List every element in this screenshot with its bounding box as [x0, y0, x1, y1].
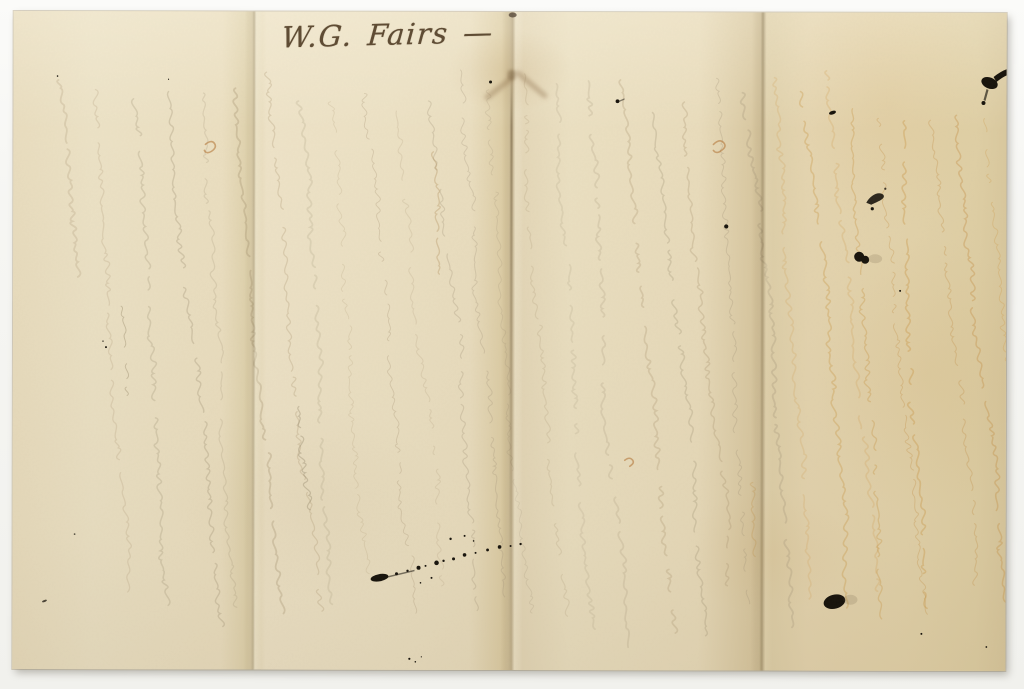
letter-paper: W.G. Fairs — — [12, 11, 1006, 671]
paper-grain — [12, 11, 1006, 671]
crease-line-center — [509, 66, 512, 666]
crease-line-left — [252, 11, 255, 669]
crease-line-right — [760, 13, 763, 671]
fold-stain — [484, 76, 514, 101]
fold-stain — [515, 70, 549, 100]
bleedthrough-handwriting — [12, 11, 1006, 671]
inscription-text: W.G. Fairs — — [280, 15, 495, 55]
fold-crease-left — [243, 11, 262, 669]
ink-blots — [12, 11, 1006, 671]
scan-background: W.G. Fairs — — [0, 0, 1024, 689]
fold-crease-right — [750, 13, 773, 671]
fold-crease-center — [500, 12, 523, 670]
fold-stain — [508, 70, 516, 80]
